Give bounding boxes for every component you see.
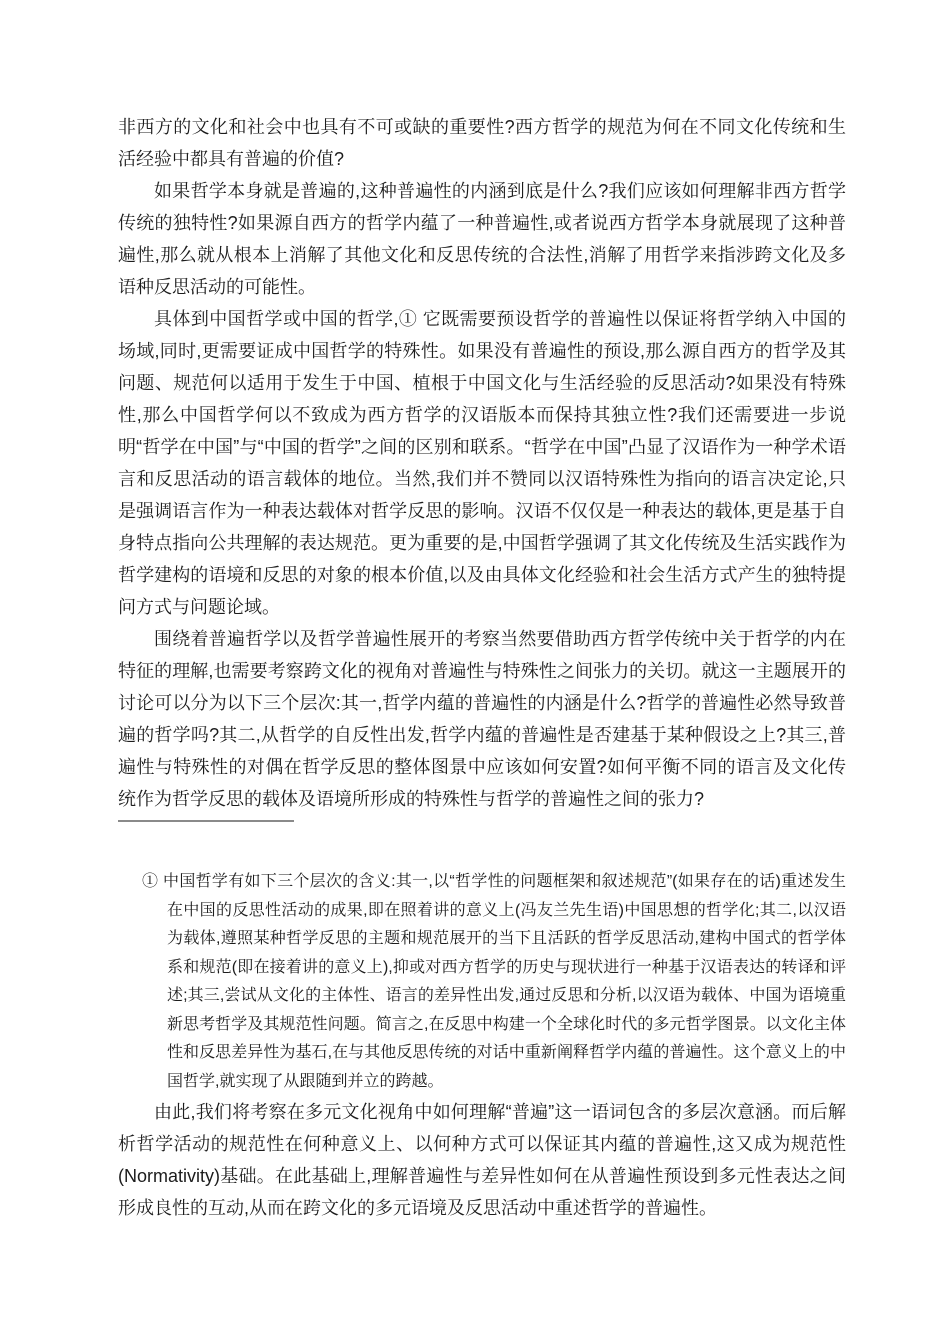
document-page: 非西方的文化和社会中也具有不可或缺的重要性?西方哲学的规范为何在不同文化传统和生… [118, 111, 846, 1224]
body-paragraph-3: 具体到中国哲学或中国的哲学,① 它既需要预设哲学的普遍性以保证将哲学纳入中国的场… [118, 303, 846, 623]
body-paragraph-2: 如果哲学本身就是普遍的,这种普遍性的内涵到底是什么?我们应该如何理解非西方哲学传… [118, 175, 846, 303]
footnote-separator-rule [118, 820, 294, 822]
body-paragraph-4: 围绕着普遍哲学以及哲学普遍性展开的考察当然要借助西方哲学传统中关于哲学的内在特征… [118, 623, 846, 815]
footnote-text: 中国哲学有如下三个层次的含义:其一,以“哲学性的问题框架和叙述规范”(如果存在的… [163, 873, 846, 1090]
body-paragraph-continuation: 非西方的文化和社会中也具有不可或缺的重要性?西方哲学的规范为何在不同文化传统和生… [118, 111, 846, 175]
footnote-marker: ① [142, 873, 158, 890]
closing-paragraph: 由此,我们将考察在多元文化视角中如何理解“普遍”这一语词包含的多层次意涵。而后解… [118, 1096, 846, 1224]
footnote: ① 中国哲学有如下三个层次的含义:其一,以“哲学性的问题框架和叙述规范”(如果存… [167, 868, 846, 1096]
